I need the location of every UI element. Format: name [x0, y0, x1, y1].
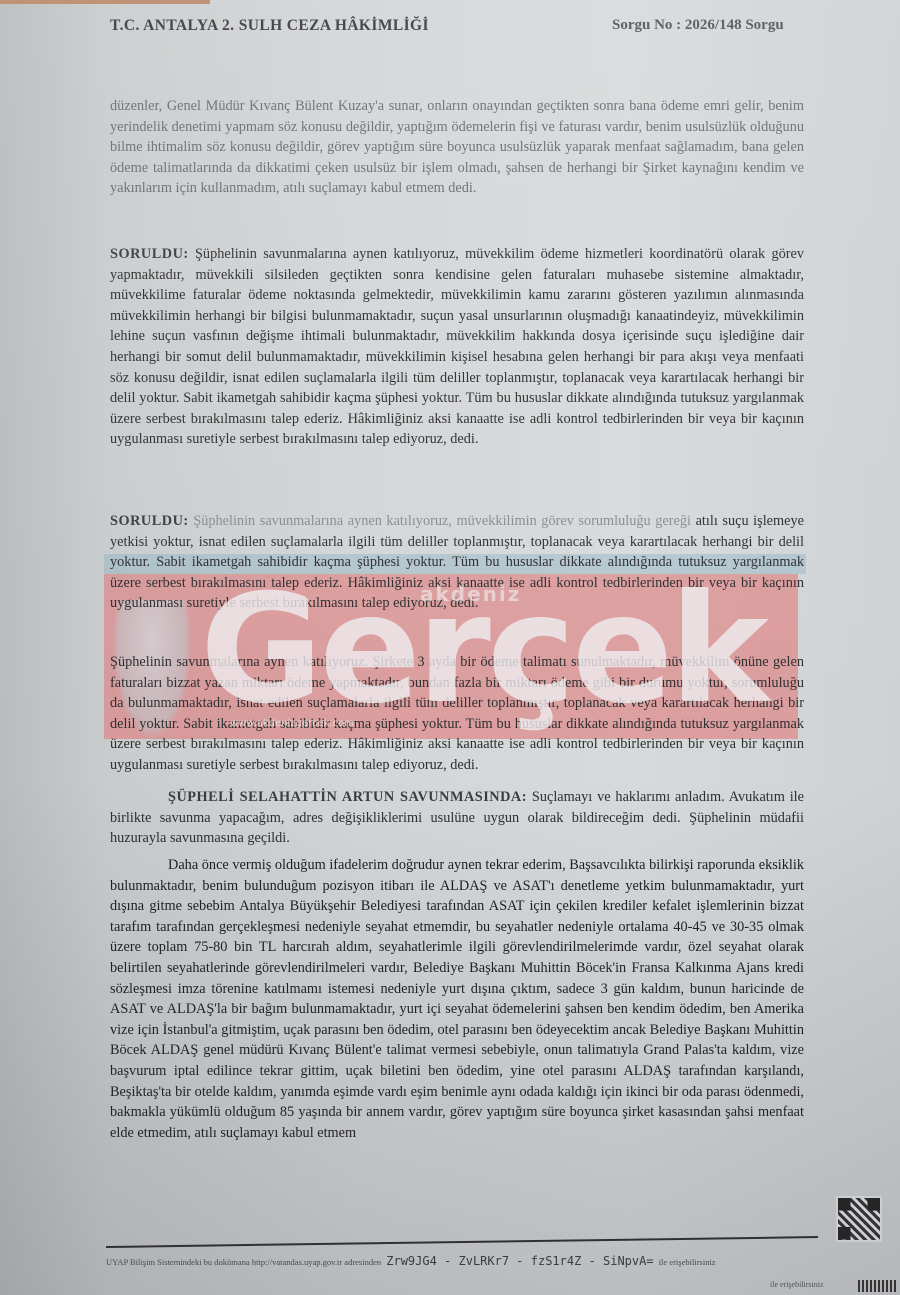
next-page-footer-fragment: ile erişebilirsiniz — [770, 1280, 824, 1289]
footer-divider — [106, 1236, 818, 1248]
footer-prefix: UYAP Bilişim Sistemindeki bu dokümana ht… — [106, 1257, 381, 1267]
paragraph-suspect-defense: Daha önce vermiş olduğum ifadelerim doğr… — [110, 855, 804, 1143]
suspect-defense-label: ŞÜPHELİ SELAHATTİN ARTUN SAVUNMASINDA: — [168, 789, 527, 805]
top-edge-strip — [0, 0, 210, 4]
court-title: T.C. ANTALYA 2. SULH CEZA HÂKİMLİĞİ — [110, 17, 429, 35]
paragraph-previous-statement: düzenler, Genel Müdür Kıvanç Bülent Kuza… — [110, 96, 804, 199]
soruldu-text: Şüphelinin savunmalarına aynen katılıyor… — [110, 246, 804, 447]
next-page-qr-fragment-icon — [858, 1280, 896, 1292]
case-number: Sorgu No : 2026/148 Sorgu — [612, 17, 784, 34]
watermark-tagline: akdeniz — [420, 582, 521, 606]
qr-code-icon — [836, 1196, 882, 1242]
paragraph-soruldu-1: SORULDU: Şüphelinin savunmalarına aynen … — [110, 244, 804, 450]
paragraph-suspect-heading: ŞÜPHELİ SELAHATTİN ARTUN SAVUNMASINDA: S… — [110, 787, 804, 849]
soruldu-faded-text: Şüphelinin savunmalarına aynen katılıyor… — [189, 513, 691, 529]
footer-suffix: ile erişebilirsiniz — [659, 1257, 716, 1267]
soruldu-label: SORULDU: — [110, 513, 189, 529]
footer-verification: UYAP Bilişim Sistemindeki bu dokümana ht… — [106, 1254, 716, 1268]
watermark-url: www.akdenizgercek.com — [230, 718, 354, 729]
verification-code: Zrw9JG4 - ZvLRKr7 - fzS1r4Z - SiNpvA= — [386, 1254, 653, 1268]
soruldu-label: SORULDU: — [110, 246, 189, 262]
